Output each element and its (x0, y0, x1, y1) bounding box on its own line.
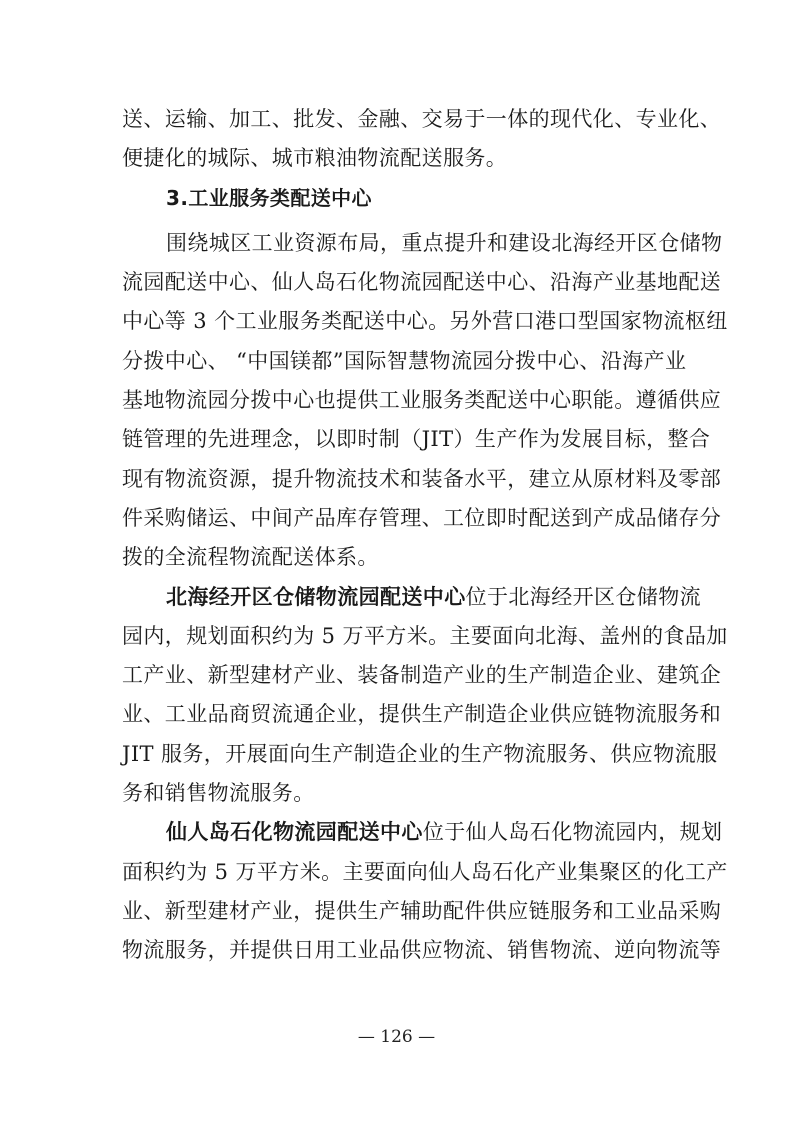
text-line: 便捷化的城际、城市粮油物流配送服务。 (122, 139, 672, 178)
text-run: 位于北海经开区仓储物流 (466, 585, 701, 609)
text-line: 园内，规划面积约为 5 万平方米。主要面向北海、盖州的食品加 (122, 617, 672, 656)
text-line: 工产业、新型建材产业、装备制造产业的生产制造企业、建筑企 (122, 656, 672, 695)
text-line: 围绕城区工业资源布局，重点提升和建设北海经开区仓储物 (122, 224, 672, 263)
paragraph-beihai-center: 北海经开区仓储物流园配送中心位于北海经开区仓储物流 园内，规划面积约为 5 万平… (122, 578, 672, 814)
section-heading: 3.工业服务类配送中心 (122, 179, 672, 218)
text-line: JIT 服务，开展面向生产制造企业的生产物流服务、供应物流服 (122, 735, 672, 774)
paragraph-continuation: 送、运输、加工、批发、金融、交易于一体的现代化、专业化、 便捷化的城际、城市粮油… (122, 100, 672, 179)
page-body: 送、运输、加工、批发、金融、交易于一体的现代化、专业化、 便捷化的城际、城市粮油… (122, 100, 672, 971)
center-name-bold: 北海经开区仓储物流园配送中心 (166, 585, 466, 609)
text-line: 分拨中心、 “中国镁都”国际智慧物流园分拨中心、沿海产业 (122, 342, 672, 381)
text-line: 链管理的先进理念，以即时制（JIT）生产作为发展目标，整合 (122, 420, 672, 459)
center-name-bold: 仙人岛石化物流园配送中心 (166, 820, 423, 844)
text-line: 面积约为 5 万平方米。主要面向仙人岛石化产业集聚区的化工产 (122, 853, 672, 892)
text-line: 流园配送中心、仙人岛石化物流园配送中心、沿海产业基地配送 (122, 263, 672, 302)
paragraph-overview: 围绕城区工业资源布局，重点提升和建设北海经开区仓储物 流园配送中心、仙人岛石化物… (122, 224, 672, 578)
text-line: 中心等 3 个工业服务类配送中心。另外营口港口型国家物流枢纽 (122, 302, 672, 341)
text-line: 仙人岛石化物流园配送中心位于仙人岛石化物流园内，规划 (122, 813, 672, 852)
document-page: 送、运输、加工、批发、金融、交易于一体的现代化、专业化、 便捷化的城际、城市粮油… (0, 0, 793, 1122)
text-line: 北海经开区仓储物流园配送中心位于北海经开区仓储物流 (122, 578, 672, 617)
text-line: 物流服务，并提供日用工业品供应物流、销售物流、逆向物流等 (122, 931, 672, 970)
text-line: 现有物流资源，提升物流技术和装备水平，建立从原材料及零部 (122, 460, 672, 499)
text-line: 基地物流园分拨中心也提供工业服务类配送中心职能。遵循供应 (122, 381, 672, 420)
text-line: 件采购储运、中间产品库存管理、工位即时配送到产成品储存分 (122, 499, 672, 538)
text-line: 拨的全流程物流配送体系。 (122, 538, 672, 577)
text-line: 业、新型建材产业，提供生产辅助配件供应链服务和工业品采购 (122, 892, 672, 931)
text-run: 位于仙人岛石化物流园内，规划 (423, 820, 723, 844)
text-line: 业、工业品商贸流通企业，提供生产制造企业供应链物流服务和 (122, 695, 672, 734)
text-line: 务和销售物流服务。 (122, 774, 672, 813)
text-line: 送、运输、加工、批发、金融、交易于一体的现代化、专业化、 (122, 100, 672, 139)
page-number: — 126 — (0, 1027, 793, 1047)
paragraph-xianrendao-center: 仙人岛石化物流园配送中心位于仙人岛石化物流园内，规划 面积约为 5 万平方米。主… (122, 813, 672, 970)
